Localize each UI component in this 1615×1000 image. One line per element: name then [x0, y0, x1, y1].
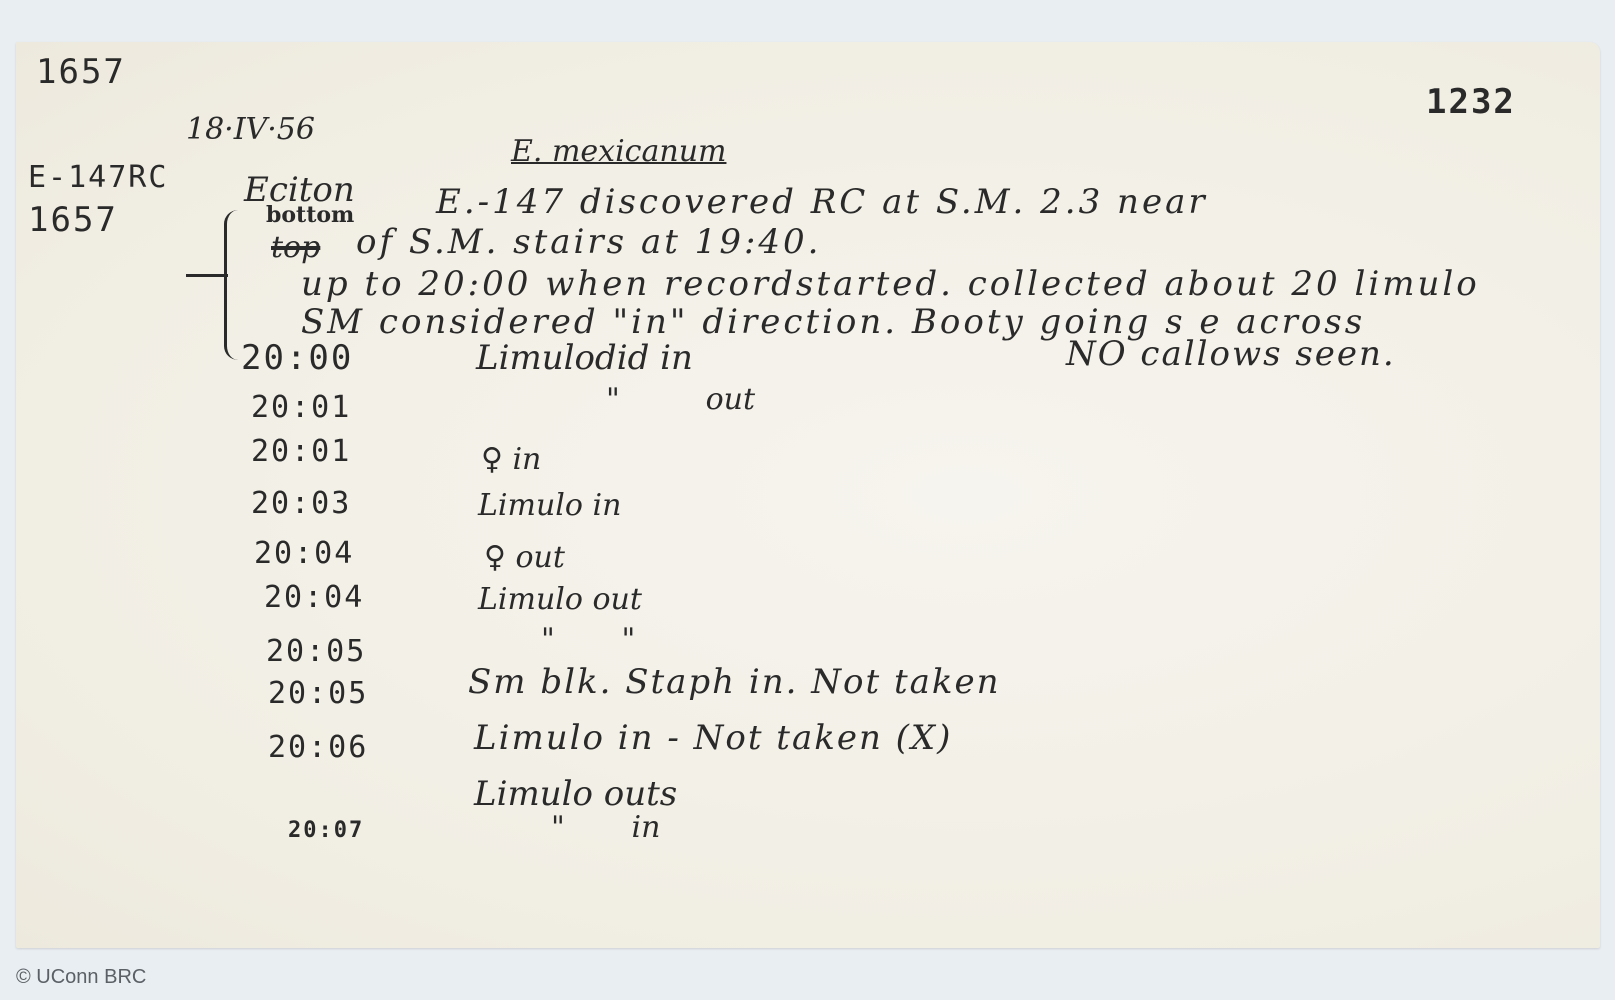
log-entry: Limulodid in	[476, 338, 693, 378]
note-line-1: E.-147 discovered RC at S.M. 2.3 near	[436, 182, 1208, 222]
copyright-credit: © UConn BRC	[16, 966, 146, 989]
log-entry: Limulo out	[478, 582, 642, 617]
log-time: 20:06	[268, 730, 368, 765]
species-name: E. mexicanum	[511, 134, 726, 169]
brace-icon	[224, 210, 241, 360]
log-time: 20:01	[251, 390, 351, 425]
struck-word: top	[271, 230, 320, 265]
card-number-top-left: 1657	[36, 52, 126, 92]
log-time: 20:03	[251, 486, 351, 521]
log-entry: " out	[606, 382, 755, 417]
card-number-top-right: 1232	[1426, 82, 1516, 122]
log-entry: Limulo outs	[474, 774, 677, 814]
log-time: 20:05	[268, 676, 368, 711]
log-entry: " "	[541, 622, 635, 657]
arrow-icon	[186, 274, 228, 277]
log-time: 20:01	[251, 434, 351, 469]
log-time: 20:00	[241, 338, 353, 378]
log-time: 20:05	[266, 634, 366, 669]
log-time: 20:04	[264, 580, 364, 615]
log-entry: Sm blk. Staph in. Not taken	[468, 662, 1001, 702]
field-note-card: 1657 1232 18·IV·56 E. mexicanum E-147RC …	[16, 42, 1600, 948]
note-line-2: of S.M. stairs at 19:40.	[356, 222, 821, 262]
date: 18·IV·56	[186, 112, 315, 147]
margin-label-number: 1657	[28, 200, 118, 240]
note-line-3: up to 20:00 when recordstarted. collecte…	[301, 264, 1480, 304]
log-entry: Limulo in	[478, 488, 621, 523]
log-entry: ♀ out	[484, 540, 565, 575]
log-entry: Limulo in - Not taken (X)	[474, 718, 952, 758]
log-time: 20:04	[254, 536, 354, 571]
margin-label-colony: E-147RC	[28, 160, 168, 195]
note-line-5: NO callows seen.	[1066, 334, 1396, 374]
log-entry: " in	[551, 810, 660, 845]
inserted-word: bottom	[266, 202, 354, 228]
log-entry: ♀ in	[481, 442, 541, 477]
log-time: 20:07	[288, 818, 364, 843]
